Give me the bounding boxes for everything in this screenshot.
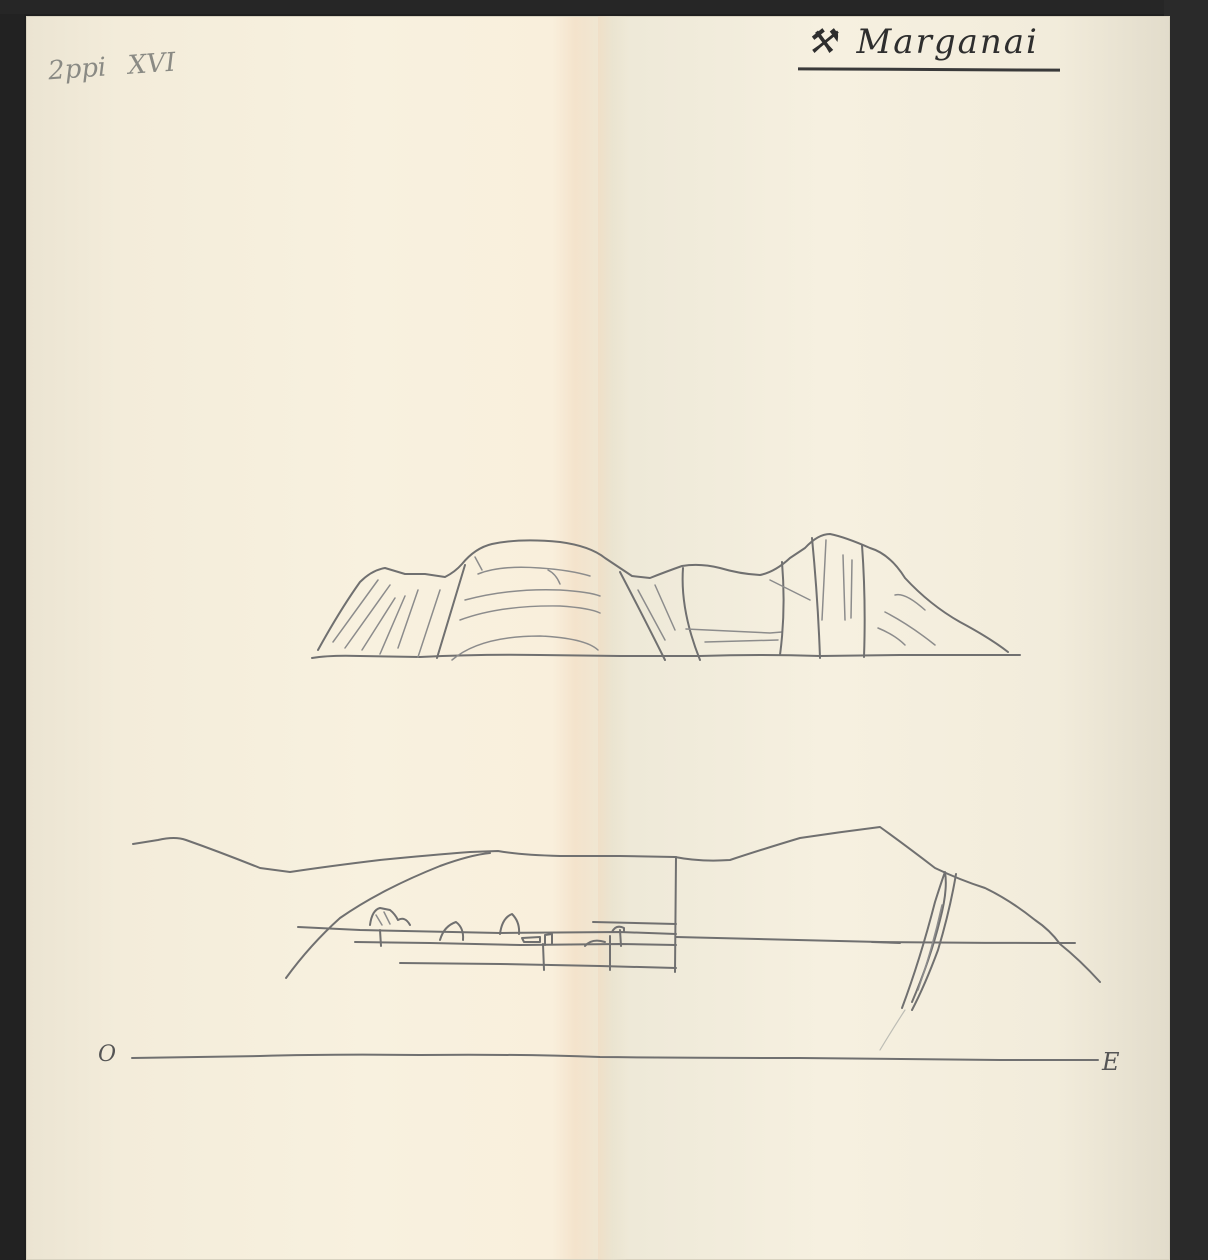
upper-sketch: [312, 534, 1020, 660]
west-label: O: [98, 1042, 116, 1067]
pencil-sketches: [0, 0, 1208, 1260]
orientation-baseline: [132, 1055, 1098, 1060]
east-label: E: [1102, 1048, 1120, 1076]
lower-sketch: [133, 827, 1100, 1050]
